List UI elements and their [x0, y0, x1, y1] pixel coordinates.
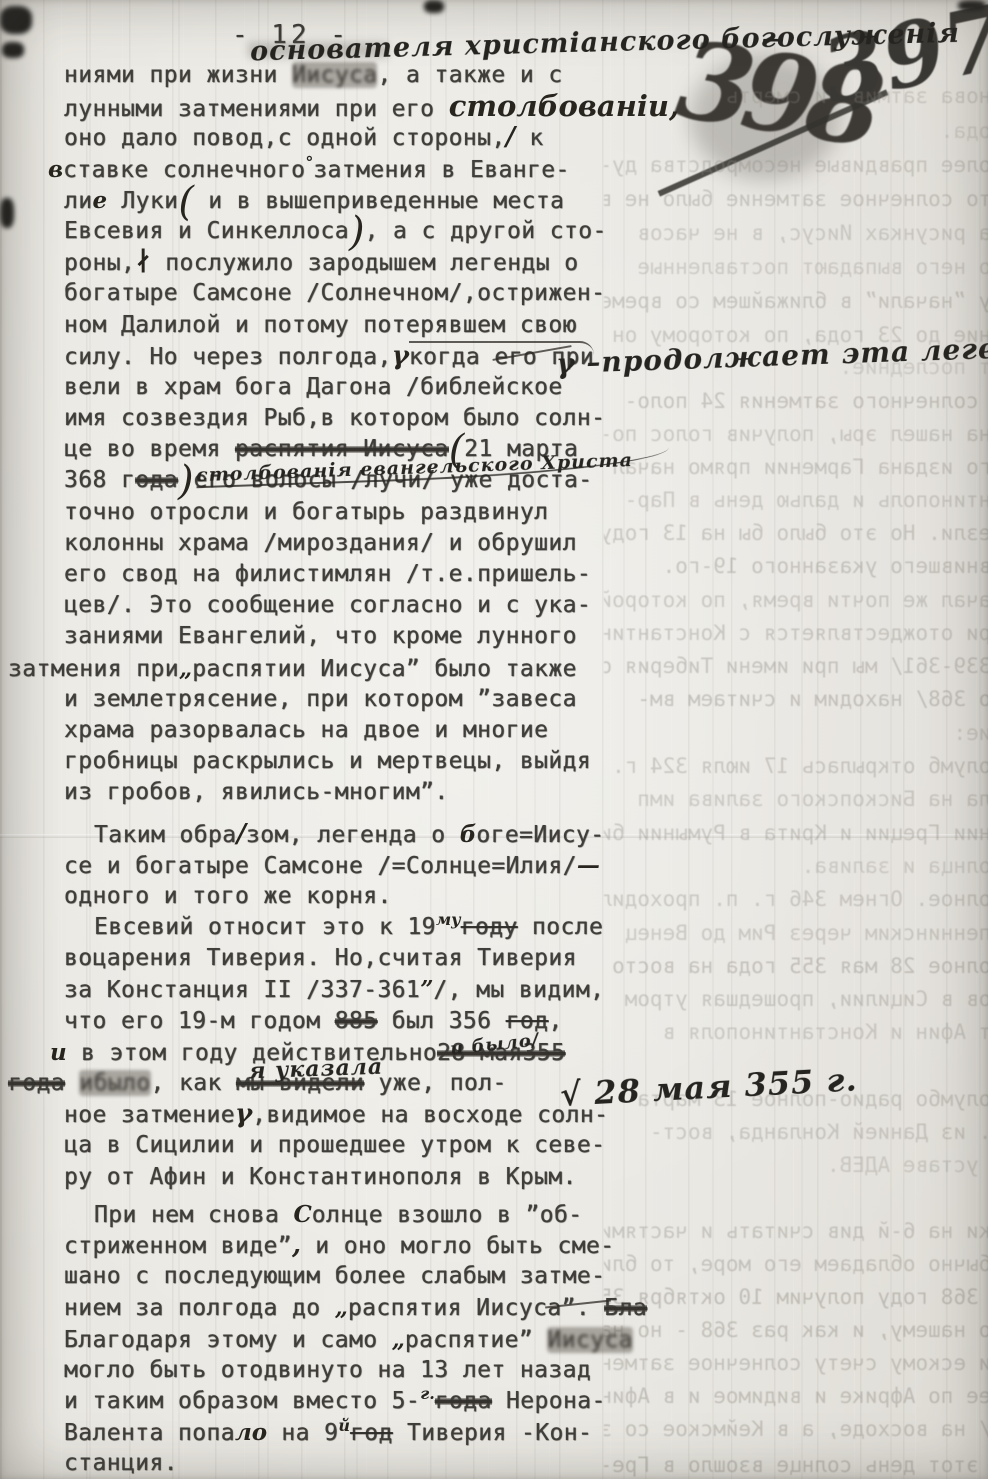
- bleedthrough-line: оки на 6-й див считать и частями для: [604, 1218, 988, 1244]
- typed-text: что его 19-м годом: [64, 1008, 335, 1034]
- typed-text: распятия Иисуса”.: [348, 1295, 604, 1321]
- typed-text: ном Далилой и потому потерявшем свою: [64, 312, 577, 338]
- ink-smudge: [2, 42, 24, 58]
- ink-smudge: [424, 0, 444, 13]
- typed-text-column: ниями при жизни Иисуса, а также и слунны…: [64, 60, 624, 1479]
- typed-text: одного и того же корня.: [64, 883, 392, 909]
- typed-text: силу. Но через полгода,: [64, 344, 392, 370]
- typed-line: храма разорвалась на двое и многие: [64, 715, 624, 746]
- typed-line: его свод на филистимлян /т.е.пришель-: [64, 559, 624, 590]
- bleedthrough-line: шее по Африке и видимое и в Афинах: [604, 1383, 988, 1409]
- typed-correction: г.: [420, 1384, 435, 1403]
- typed-correction: „: [179, 655, 192, 682]
- typed-line: затмения при„распятии Иисуса” было также: [8, 653, 624, 684]
- typed-text: Валента попа: [64, 1420, 235, 1446]
- typed-line: се и богатыре Самсоне /=Солнце=Илия/—: [64, 850, 624, 881]
- typed-correction: и: [50, 1039, 67, 1066]
- typed-line: цев/. Это сообщение согласно и с ука-: [64, 590, 624, 621]
- typed-line: роны,∤ послужило зародышем легенды о: [64, 247, 624, 278]
- typed-correction: года: [435, 1388, 492, 1414]
- typed-text: ,: [548, 1008, 562, 1034]
- typed-line: что его 19-м годом 885 был 356 год,: [64, 1006, 624, 1037]
- ink-smudge: [958, 0, 986, 11]
- typed-text: оно дало повод,с одной стороны,: [64, 125, 506, 151]
- typed-text: Луки: [107, 188, 178, 214]
- typed-text: оге=Иису-: [476, 822, 604, 848]
- bleedthrough-line: к 368 году получим 10 октября 357: [604, 1284, 988, 1310]
- typed-text: к: [515, 125, 544, 151]
- typed-text: се и богатыре Самсоне /=Солнце=Илия/: [64, 853, 577, 879]
- typed-line: силу. Но через полгода,γкогда его при: [64, 341, 624, 372]
- typed-text: после: [518, 914, 603, 940]
- bleedthrough-line: ние:: [604, 720, 988, 746]
- typed-text: на 9: [267, 1420, 338, 1446]
- typed-correction: „: [335, 1294, 348, 1321]
- bleedthrough-line: Колумб открылась 17 июля 324 г. про: [604, 753, 988, 779]
- typed-correction: й: [338, 1416, 350, 1435]
- typed-correction: б: [460, 821, 477, 848]
- typed-text: распятие”: [405, 1327, 547, 1353]
- typed-correction: году: [461, 914, 518, 940]
- typed-line: богатыре Самсоне /Солнечном/,острижен-: [64, 278, 624, 309]
- typed-line: за Констанция II /337-361”/, мы видим,: [64, 974, 624, 1005]
- typed-correction: в: [48, 156, 63, 183]
- typed-text: храма разорвалась на двое и многие: [64, 717, 548, 743]
- ink-smudge: [0, 198, 14, 228]
- bleedthrough-line: ори отождествляется с Константином: [604, 620, 988, 646]
- typed-line: станция.: [64, 1448, 624, 1479]
- typed-text: цев/. Это сообщение согласно и с ука-: [64, 592, 591, 618]
- bleedthrough-line: в этот день солнце взошло в Гре-: [604, 1452, 988, 1478]
- bleedthrough-line: от Афин и Константинополя в: [604, 1019, 988, 1045]
- bleedthrough-line: она нашел эры, получив голос по-: [604, 421, 988, 447]
- typed-text: точно отросли и богатырь раздвинул: [64, 499, 548, 525]
- bleedthrough-line: на рисунках Иисус, в не часов: [604, 220, 988, 246]
- typed-text: стриженном виде”: [64, 1233, 292, 1259]
- typed-text: лунными затмениями при его: [64, 96, 449, 122]
- bleedthrough-line: Полное 28 мая 355 года на восто: [604, 953, 988, 979]
- typed-text: роны,: [64, 250, 135, 276]
- typed-line: и таким образом вместо 5-г.года Нерона-: [64, 1386, 624, 1417]
- typed-text: , а также и с: [377, 62, 562, 88]
- typed-line: вели в храм бога Дагона /библейское: [64, 372, 624, 403]
- typed-text: Тиверия -Кон-: [393, 1420, 592, 1446]
- typed-line: оно дало повод,с одной стороны,∕ к: [64, 122, 624, 153]
- typed-correction: ло: [235, 1419, 267, 1446]
- bleedthrough-line: о уставе АДЕВ.: [604, 1152, 988, 1178]
- typed-line: ру от Афин и Константинополя в Крым.: [64, 1162, 624, 1193]
- typed-line: стриженном виде”, и оно могло быть сме-: [64, 1230, 624, 1261]
- typed-text: воцарения Тиверия. Но,считая Тиверия: [64, 945, 577, 971]
- typed-text: был 356: [377, 1008, 505, 1034]
- typed-text: заниями Евангелий, что кроме лунного: [64, 623, 577, 649]
- typed-text: могло быть отодвинуто на 13 лет назад: [64, 1357, 591, 1383]
- typed-text: Благодаря этому и само: [64, 1327, 392, 1353]
- typed-line: лие Луки( и в вышеприведенные места: [64, 185, 624, 216]
- typed-line: ное затмениеγ,видимое на восходе солн-: [64, 1099, 624, 1130]
- typed-line: имя созвездия Рыб,в котором было солн-: [64, 403, 624, 434]
- typed-text: ру от Афин и Константинополя в Крым.: [64, 1164, 577, 1190]
- typed-correction: ∤: [135, 247, 151, 277]
- typed-text: богатыре Самсоне /Солнечном/,острижен-: [64, 280, 605, 306]
- typed-text: вели в храм бога Дагона /библейское: [64, 374, 563, 400]
- typed-text: и оно могло быть сме-: [301, 1233, 614, 1259]
- typed-text: послужило зародышем легенды о: [151, 250, 578, 276]
- typed-line: гробницы раскрылись и мертвецы, выйдя: [64, 746, 624, 777]
- typed-correction: е: [93, 187, 108, 214]
- typed-correction: ∕: [506, 122, 516, 152]
- typed-text: имя созвездия Рыб,в котором было солн-: [64, 405, 605, 431]
- typed-correction: ода: [135, 467, 178, 493]
- typed-correction: γ: [392, 341, 409, 371]
- bleedthrough-line: му ”начали” в ближайшем со времен: [604, 288, 988, 314]
- typed-text: 368 г: [64, 467, 135, 493]
- typed-line: Благодаря этому и само „распятие” Иисуса: [64, 1324, 624, 1355]
- typed-line: ца в Сицилии и прошедшее утром к севе-: [64, 1130, 624, 1161]
- bleedthrough-line: что солнечное затмение было не в: [604, 186, 988, 212]
- typed-line: точно отросли и богатырь раздвинул: [64, 497, 624, 528]
- typed-correction: Иисуса: [292, 62, 377, 88]
- typed-line: нием за полгода до „распятия Иисуса”. Бл…: [64, 1292, 624, 1323]
- typed-line: воцарения Тиверия. Но,считая Тиверия: [64, 943, 624, 974]
- typed-text: Евсевий относит это к 19: [94, 914, 436, 940]
- bleedthrough-line: начал же почти время, по которой: [604, 587, 988, 613]
- typed-line: лунными затмениями при его столбованіи,: [64, 91, 624, 122]
- bleedthrough-line: 5/ на восходе, а в Кеймское со зва-: [604, 1416, 988, 1442]
- typed-correction: ибыло: [79, 1070, 150, 1096]
- typed-line: одного и того же корня.: [64, 881, 624, 912]
- typed-line: колонны храма /мироздания/ и обрушил: [64, 528, 624, 559]
- hw-insert-i-said: я указала: [248, 1054, 384, 1085]
- typed-text: ца в Сицилии и прошедшее утром к севе-: [64, 1132, 605, 1158]
- typed-text: гробницы раскрылись и мертвецы, выйдя: [64, 748, 591, 774]
- typed-text: из гробов, явились-многим”.: [64, 779, 449, 805]
- bleedthrough-line: до него выпадают поставленные: [604, 254, 988, 280]
- typed-text: /, мы видим,: [433, 977, 604, 1003]
- typed-text: ное затмение: [64, 1102, 235, 1128]
- typed-text: колонны храма /мироздания/ и обрушил: [64, 530, 577, 556]
- typed-text: и таким образом вместо 5-: [64, 1388, 420, 1414]
- typed-line: могло быть отодвинуто на 13 лет назад: [64, 1355, 624, 1386]
- typed-line: заниями Евангелий, что кроме лунного: [64, 621, 624, 652]
- bleedthrough-line: но нашему, и как раз 368 - но на: [604, 1317, 988, 1343]
- typed-line: из гробов, явились-многим”.: [64, 777, 624, 808]
- typed-text: затмения при: [8, 656, 179, 682]
- typed-text: уже, пол-: [364, 1070, 506, 1096]
- typed-text: [65, 1070, 79, 1096]
- typed-text: Евсевия и Синкеллоса: [64, 218, 349, 244]
- bleedthrough-line: г. из Данией Конланда, вост-: [604, 1119, 988, 1145]
- typed-text: и в вышеприведенные места: [194, 188, 564, 214]
- typed-correction: столбованіи,: [449, 89, 679, 123]
- hw-dash-top: —: [762, 26, 785, 52]
- bleedthrough-line: дов в Сицилии, прошедшая утром: [604, 986, 988, 1012]
- bleedthrough-line: о солнечного затмения 24 поло-: [604, 388, 988, 414]
- bleedthrough-line: антинополь и далью день в Пар-: [604, 487, 988, 513]
- manuscript-page: - 12 - 398 397 снова затмив и смертьгода…: [0, 0, 988, 1479]
- typed-text: , а с другой сто-: [365, 218, 607, 244]
- typed-line: вставке солнечного°затмения в Еванге-: [48, 154, 624, 185]
- bleedthrough-line: везли. Но это было бы на 13 году: [604, 520, 988, 546]
- typed-line: Валента попало на 9йгод Тиверия -Кон-: [64, 1417, 624, 1448]
- typed-correction: ”: [420, 976, 433, 1003]
- typed-correction: γ: [235, 1099, 252, 1129]
- bleedthrough-line: ого издана Гармении прямо начал: [604, 454, 988, 480]
- typed-correction: Бла: [604, 1295, 647, 1321]
- bleedthrough-line: ании Греции и Крита в Румынии били: [604, 820, 988, 846]
- typed-text: распятии Иисуса” было также: [192, 656, 577, 682]
- bleedthrough-line: до 368/ находим и считаем вм-: [604, 686, 988, 712]
- bleedthrough-line: шла на Бископского залива имп: [604, 786, 988, 812]
- typed-text: , как: [151, 1070, 236, 1096]
- typed-text: шано с последующим более слабым затме-: [64, 1263, 605, 1289]
- bleedthrough-line: ти ескому счету солнечное затмение: [604, 1350, 988, 1376]
- typed-correction: 885: [335, 1008, 378, 1034]
- typed-text: затмения в Еванге-: [313, 157, 569, 183]
- bleedthrough-line: Полное. Огнем 346 г. п. проходил: [604, 886, 988, 912]
- typed-line: Евсевий относит это к 19мугоду после: [94, 912, 624, 943]
- typed-correction: му: [436, 910, 461, 929]
- bleedthrough-line: солнца и залива.: [604, 853, 988, 879]
- typed-correction: —: [577, 852, 600, 879]
- typed-correction: ,: [292, 1230, 301, 1260]
- typed-correction: Иисуса: [547, 1327, 632, 1353]
- typed-text: Нерона-: [492, 1388, 606, 1414]
- typed-line: При нем снова Солнце взошло в ”об-: [94, 1199, 624, 1230]
- typed-text: его свод на филистимлян /т.е.пришель-: [64, 561, 591, 587]
- bleedthrough-line: авнившего указанного 19-го.: [604, 553, 988, 579]
- typed-line: и землетрясение, при котором ”завеса: [64, 684, 624, 715]
- typed-text: зом, легенда о: [246, 822, 460, 848]
- typed-line: Евсевия и Синкеллоса), а с другой сто-: [64, 216, 624, 247]
- typed-line: ном Далилой и потому потерявшем свою: [64, 310, 624, 341]
- typed-text: ,видимое на восходе солн-: [252, 1102, 608, 1128]
- typed-correction: „: [392, 1326, 405, 1353]
- typed-line: шано с последующим более слабым затме-: [64, 1261, 624, 1292]
- typed-text: олнце взошло в ”об-: [312, 1202, 583, 1228]
- bleedthrough-line: /339-361/ мы при имени Тиберия от: [604, 653, 988, 679]
- typed-text: це во время: [64, 436, 235, 462]
- typed-text: При нем снова: [94, 1202, 293, 1228]
- typed-text: станция.: [64, 1450, 178, 1476]
- typed-text: ли: [64, 188, 93, 214]
- bleedthrough-line: обычно обладаем его море, то близк.: [604, 1251, 988, 1277]
- typed-text: нием за полгода до: [64, 1295, 335, 1321]
- bleedthrough-line: более правдивые несомродства ду-: [604, 152, 988, 178]
- typed-line: Таким обра∕зом, легенда о боге=Иису-: [94, 819, 624, 850]
- typed-correction: С: [293, 1201, 311, 1228]
- typed-text: за Констанция II /337-361: [64, 977, 420, 1003]
- typed-correction: год: [350, 1420, 393, 1446]
- ink-smudge: [0, 6, 32, 34]
- bleedthrough-line: Апеннинским через Рим до Венец: [604, 920, 988, 946]
- typed-text: Таким обра: [94, 822, 236, 848]
- typed-text: и землетрясение, при котором ”завеса: [64, 686, 577, 712]
- typed-correction: ∕: [236, 819, 246, 849]
- typed-correction: года: [8, 1070, 65, 1096]
